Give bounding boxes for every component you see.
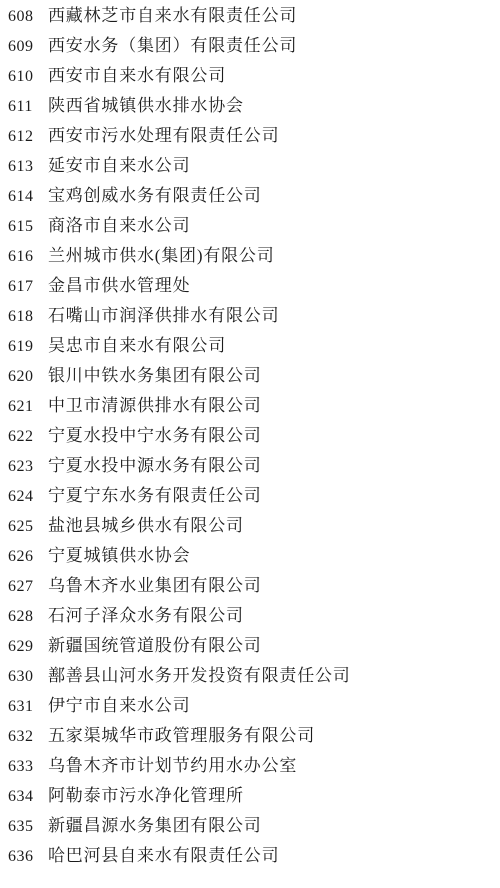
item-number: 626 [0,542,48,572]
item-number: 628 [0,602,48,632]
item-number: 629 [0,632,48,662]
item-name: 西安水务（集团）有限责任公司 [48,31,297,61]
item-number: 632 [0,722,48,752]
item-number: 620 [0,362,48,392]
list-item: 618石嘴山市润泽供排水有限公司 [0,301,500,331]
item-number: 616 [0,242,48,272]
item-name: 商洛市自来水公司 [48,211,190,241]
item-name: 石河子泽众水务有限公司 [48,601,244,631]
list-item: 616兰州城市供水(集团)有限公司 [0,241,500,271]
item-number: 612 [0,122,48,152]
item-name: 乌鲁木齐水业集团有限公司 [48,571,262,601]
item-number: 627 [0,572,48,602]
item-number: 609 [0,32,48,62]
item-number: 615 [0,212,48,242]
item-name: 吴忠市自来水有限公司 [48,331,226,361]
list-item: 627乌鲁木齐水业集团有限公司 [0,571,500,601]
item-name: 宝鸡创威水务有限责任公司 [48,181,262,211]
list-item: 610西安市自来水有限公司 [0,61,500,91]
item-number: 631 [0,692,48,722]
item-number: 623 [0,452,48,482]
item-name: 兰州城市供水(集团)有限公司 [48,241,275,271]
list-item: 625盐池县城乡供水有限公司 [0,511,500,541]
item-number: 613 [0,152,48,182]
item-number: 635 [0,812,48,842]
item-name: 哈巴河县自来水有限责任公司 [48,841,279,871]
list-item: 631伊宁市自来水公司 [0,691,500,721]
item-number: 614 [0,182,48,212]
item-number: 610 [0,62,48,92]
list-item: 633乌鲁木齐市计划节约用水办公室 [0,751,500,781]
list-item: 612西安市污水处理有限责任公司 [0,121,500,151]
list-item: 615商洛市自来水公司 [0,211,500,241]
item-name: 中卫市清源供排水有限公司 [48,391,262,421]
item-name: 阿勒泰市污水净化管理所 [48,781,244,811]
item-number: 625 [0,512,48,542]
item-name: 西藏林芝市自来水有限责任公司 [48,1,297,31]
item-name: 西安市自来水有限公司 [48,61,226,91]
list-item: 628石河子泽众水务有限公司 [0,601,500,631]
item-name: 伊宁市自来水公司 [48,691,190,721]
item-number: 619 [0,332,48,362]
list-item: 623宁夏水投中源水务有限公司 [0,451,500,481]
list-item: 629新疆国统管道股份有限公司 [0,631,500,661]
item-name: 银川中铁水务集团有限公司 [48,361,262,391]
item-name: 金昌市供水管理处 [48,271,190,301]
item-name: 新疆昌源水务集团有限公司 [48,811,262,841]
item-number: 617 [0,272,48,302]
item-number: 630 [0,662,48,692]
list-item: 635新疆昌源水务集团有限公司 [0,811,500,841]
item-name: 陕西省城镇供水排水协会 [48,91,244,121]
item-name: 石嘴山市润泽供排水有限公司 [48,301,279,331]
item-name: 宁夏城镇供水协会 [48,541,190,571]
item-number: 634 [0,782,48,812]
item-name: 西安市污水处理有限责任公司 [48,121,279,151]
item-name: 延安市自来水公司 [48,151,190,181]
item-number: 621 [0,392,48,422]
list-item: 613延安市自来水公司 [0,151,500,181]
item-number: 624 [0,482,48,512]
list-item: 621中卫市清源供排水有限公司 [0,391,500,421]
list-item: 622宁夏水投中宁水务有限公司 [0,421,500,451]
list-item: 614宝鸡创威水务有限责任公司 [0,181,500,211]
item-name: 新疆国统管道股份有限公司 [48,631,262,661]
item-number: 633 [0,752,48,782]
list-item: 632五家渠城华市政管理服务有限公司 [0,721,500,751]
list-item: 619吴忠市自来水有限公司 [0,331,500,361]
item-name: 鄯善县山河水务开发投资有限责任公司 [48,661,351,691]
item-name: 宁夏水投中源水务有限公司 [48,451,262,481]
item-number: 622 [0,422,48,452]
company-list: 608西藏林芝市自来水有限责任公司609西安水务（集团）有限责任公司610西安市… [0,1,500,871]
list-item: 620银川中铁水务集团有限公司 [0,361,500,391]
item-number: 618 [0,302,48,332]
list-item: 611陕西省城镇供水排水协会 [0,91,500,121]
item-number: 608 [0,2,48,32]
item-name: 宁夏水投中宁水务有限公司 [48,421,262,451]
item-name: 五家渠城华市政管理服务有限公司 [48,721,315,751]
item-number: 636 [0,842,48,872]
document-page: 608西藏林芝市自来水有限责任公司609西安水务（集团）有限责任公司610西安市… [0,0,500,888]
list-item: 626宁夏城镇供水协会 [0,541,500,571]
item-name: 盐池县城乡供水有限公司 [48,511,244,541]
item-name: 宁夏宁东水务有限责任公司 [48,481,262,511]
item-name: 乌鲁木齐市计划节约用水办公室 [48,751,297,781]
list-item: 636哈巴河县自来水有限责任公司 [0,841,500,871]
list-item: 634阿勒泰市污水净化管理所 [0,781,500,811]
list-item: 630鄯善县山河水务开发投资有限责任公司 [0,661,500,691]
list-item: 624宁夏宁东水务有限责任公司 [0,481,500,511]
list-item: 617金昌市供水管理处 [0,271,500,301]
item-number: 611 [0,92,48,122]
list-item: 608西藏林芝市自来水有限责任公司 [0,1,500,31]
list-item: 609西安水务（集团）有限责任公司 [0,31,500,61]
